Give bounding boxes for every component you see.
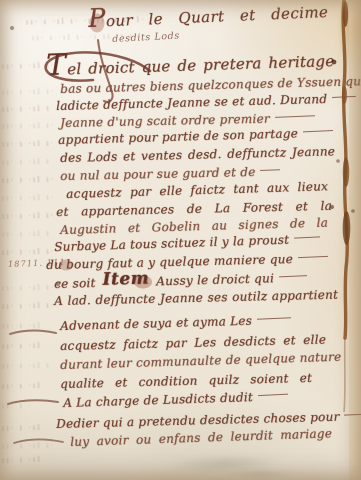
edge-line-faint [344, 335, 345, 412]
edge-blob [343, 1, 348, 27]
edge-blob [342, 86, 347, 104]
edge-blob [343, 211, 351, 245]
page-edge-svg [0, 0, 361, 480]
edge-blob [343, 157, 349, 187]
manuscript-page: ıı· ı ·ıl ı· ·ı ıı ·ı ı· l·ı ı ıı· ı ·ıl… [0, 0, 361, 480]
